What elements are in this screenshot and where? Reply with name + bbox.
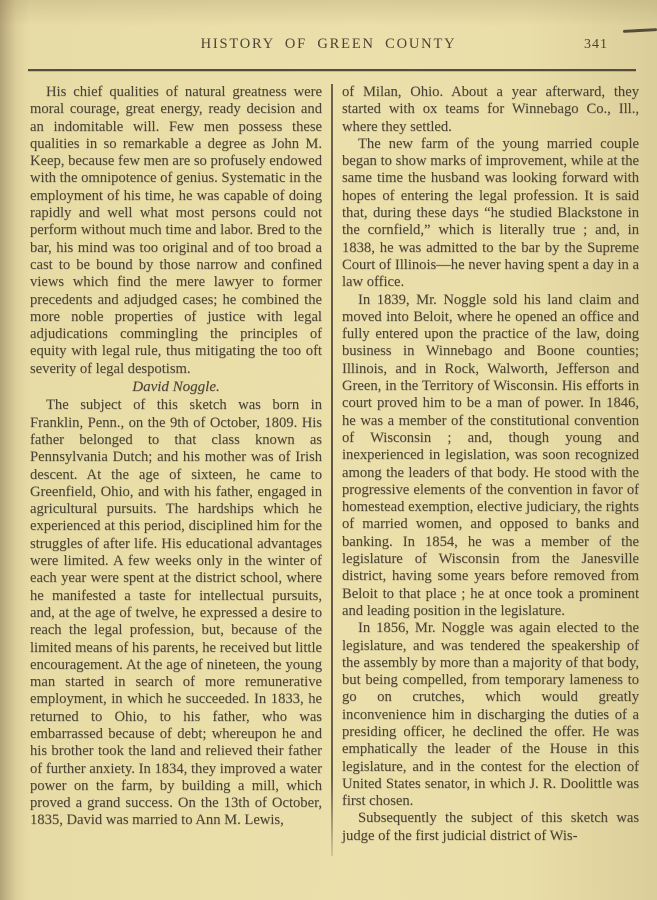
column-divider-rule [331, 84, 333, 856]
paragraph-new-farm: The new farm of the young married couple… [342, 136, 639, 292]
paragraph-1856-legislature: In 1856, Mr. Noggle was again elected to… [342, 620, 639, 810]
running-head-title: HISTORY OF GREEN COUNTY [0, 36, 657, 53]
page-number: 341 [584, 37, 608, 53]
right-column: of Milan, Ohio. About a year afterward, … [342, 84, 639, 856]
paragraph-beloit-practice: In 1839, Mr. Noggle sold his land claim … [342, 292, 639, 621]
two-column-text-block: His chief qualities of natural greatness… [30, 84, 639, 856]
paragraph-milan-continuation: of Milan, Ohio. About a year afterward, … [342, 84, 639, 136]
paragraph-noggle-early-life: The subject of this sketch was born in F… [30, 397, 322, 829]
header-rule [28, 69, 636, 71]
left-column: His chief qualities of natural greatness… [30, 84, 322, 856]
paragraph-judge-continuation: Subsequently the subject of this sketch … [342, 810, 639, 845]
scanned-book-page: HISTORY OF GREEN COUNTY 341 His chief qu… [0, 0, 657, 900]
section-heading-david-noggle: David Noggle. [30, 379, 322, 396]
paragraph-john-keep-qualities: His chief qualities of natural greatness… [30, 84, 322, 378]
scan-artifact-mark [623, 28, 657, 33]
